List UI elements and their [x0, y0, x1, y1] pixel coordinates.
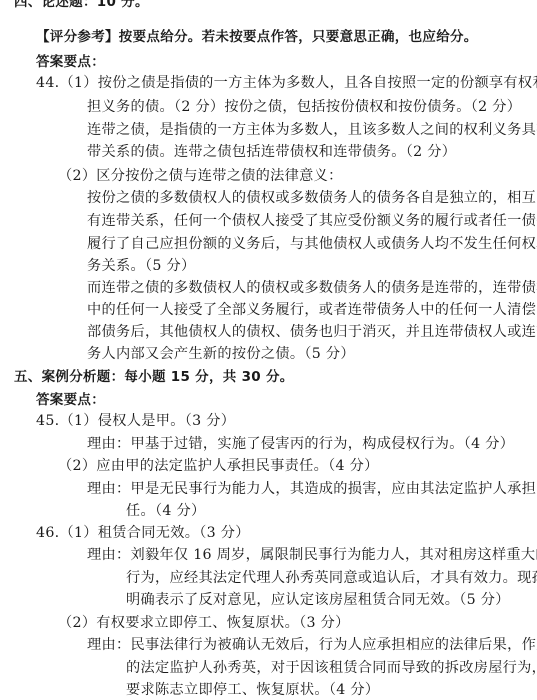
q45-reason: 理由：甲基于过错，实施了侵害丙的行为，构成侵权行为。（4 分） — [87, 434, 514, 454]
q45-answer: 45.（1）侵权人是甲。（3 分） — [36, 411, 235, 431]
q46-reason: 明确表示了反对意见，应认定该房屋租赁合同无效。（5 分） — [126, 590, 510, 610]
q44-line: 有连带关系，任何一个债权人接受了其应受份额义务的履行或者任一债务人 — [87, 211, 537, 231]
section5-heading: 五、案例分析题：每小题 15 分，共 30 分。 — [14, 367, 294, 387]
q44-line: 而连带之债的多数债权人的债权或多数债务人的债务是连带的，连带债权人 — [87, 278, 537, 298]
q44-line: 务人内部又会产生新的按份之债。（5 分） — [87, 344, 355, 364]
q46-reason: 行为，应经其法定代理人孙秀英同意或追认后，才具有效力。现孙秀英 — [126, 568, 537, 588]
q44-line: 履行了自己应担份额的义务后，与其他债权人或债务人均不发生任何权利义 — [87, 234, 537, 254]
q44-line: 按份之债的多数债权人的债权或多数债务人的债务各自是独立的，相互间没 — [87, 188, 537, 208]
q44-p2-heading: （2）区分按份之债与连带之债的法律意义： — [58, 166, 343, 186]
q44-line: 中的任何一人接受了全部义务履行，或者连带债务人中的任何一人清偿了全 — [87, 300, 537, 320]
q46-reason: 要求陈志立即停工、恢复原状。（4 分） — [126, 680, 379, 700]
q44-line: 部债务后，其他债权人的债权、债务也归于消灭，并且连带债权人或连带债 — [87, 322, 537, 342]
q44-line: 连带之债，是指债的一方主体为多数人，且该多数人之间的权利义务具有连 — [87, 120, 537, 140]
q46-reason: 理由：刘毅年仅 16 周岁，属限制民事行为能力人，其对租房这样重大的民事 — [87, 545, 537, 565]
section4-heading: 四、论述题：10 分。 — [14, 0, 149, 12]
answer-label: 答案要点： — [36, 390, 105, 410]
q46-reason: 的法定监护人孙秀英，对于因该租赁合同而导致的拆改房屋行为，有权 — [126, 658, 537, 678]
q45-answer: （2）应由甲的法定监护人承担民事责任。（4 分） — [58, 456, 379, 476]
q44-line: 务关系。（5 分） — [87, 256, 195, 276]
q45-reason: 理由：甲是无民事行为能力人，其造成的损害，应由其法定监护人承担民事责 — [87, 479, 537, 499]
answer-label: 答案要点： — [36, 52, 105, 72]
grading-note: 【评分参考】按要点给分。若未按要点作答，只要意思正确，也应给分。 — [36, 27, 478, 47]
q44-line: 担义务的债。（2 分）按份之债，包括按份债权和按份债务。（2 分） — [87, 97, 521, 117]
q46-reason: 理由：民事法律行为被确认无效后，行为人应承担相应的法律后果，作为刘毅 — [87, 635, 537, 655]
q46-answer: 46.（1）租赁合同无效。（3 分） — [36, 523, 250, 543]
q45-reason: 任。（4 分） — [126, 501, 205, 521]
q44-line: 44.（1）按份之债是指债的一方主体为多数人，且各自按照一定的份额享有权利或承 — [36, 73, 537, 93]
q46-answer: （2）有权要求立即停工、恢复原状。（3 分） — [58, 613, 350, 633]
q44-line: 带关系的债。连带之债包括连带债权和连带债务。（2 分） — [87, 142, 456, 162]
